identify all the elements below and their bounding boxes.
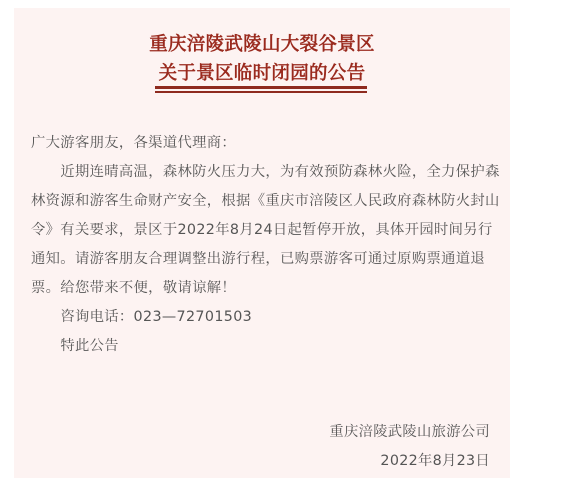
issue-date: 2022年8月23日 — [329, 447, 490, 476]
notice-card: 重庆涪陵武陵山大裂谷景区 关于景区临时闭园的公告 广大游客朋友，各渠道代理商： … — [14, 8, 510, 478]
closing-remark: 特此公告 — [31, 332, 507, 361]
title-rule-thick — [155, 86, 367, 89]
page-margin — [522, 0, 573, 478]
title-double-underline — [155, 86, 367, 94]
contact-phone: 咨询电话：023—72701503 — [31, 303, 507, 332]
signature-block: 重庆涪陵武陵山旅游公司 2022年8月23日 — [329, 418, 490, 476]
title-line-2: 关于景区临时闭园的公告 — [14, 59, 510, 88]
title-rule-thin — [155, 91, 367, 93]
notice-title: 重庆涪陵武陵山大裂谷景区 关于景区临时闭园的公告 — [14, 30, 510, 88]
title-line-1: 重庆涪陵武陵山大裂谷景区 — [14, 30, 510, 59]
issuer-name: 重庆涪陵武陵山旅游公司 — [329, 418, 490, 447]
notice-body: 广大游客朋友，各渠道代理商： 近期连晴高温，森林防火压力大，为有效预防森林火险，… — [31, 129, 507, 361]
main-paragraph: 近期连晴高温，森林防火压力大，为有效预防森林火险，全力保护森林资源和游客生命财产… — [31, 158, 507, 303]
salutation: 广大游客朋友，各渠道代理商： — [31, 129, 507, 158]
